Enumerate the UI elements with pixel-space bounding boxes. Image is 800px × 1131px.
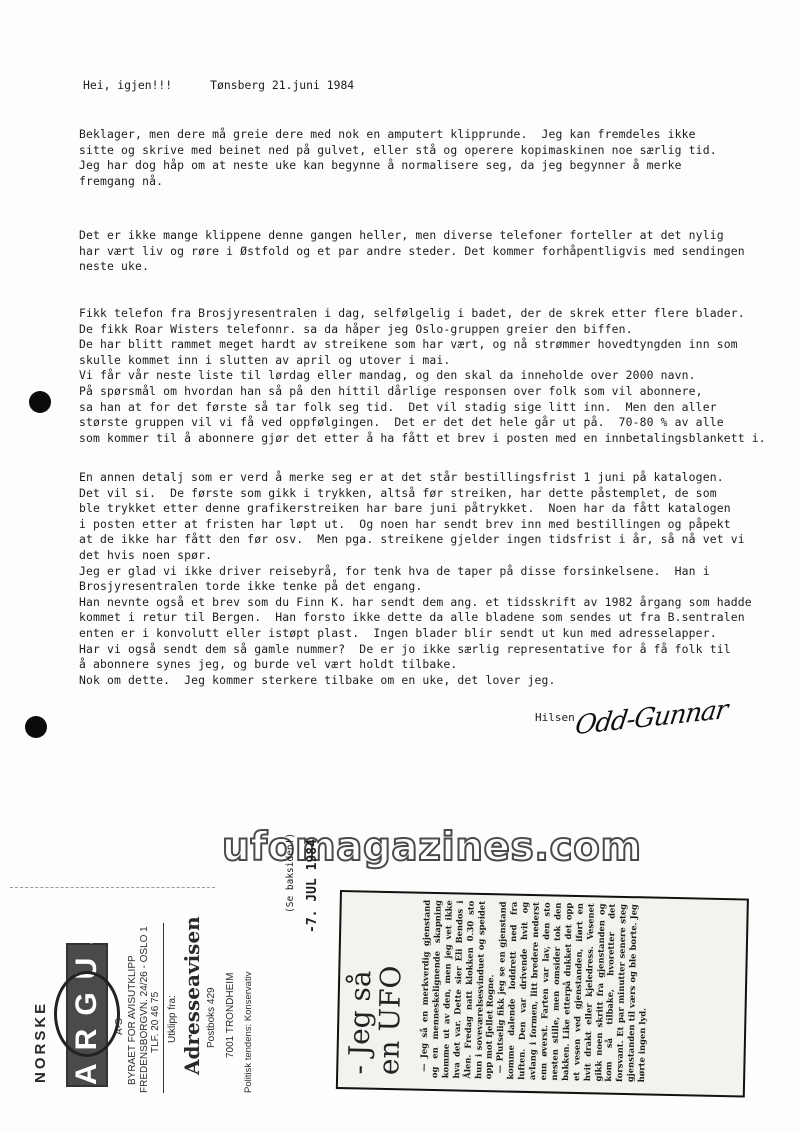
letter-line: sa han at for det første så tar folk seg… <box>79 400 766 416</box>
clipping-title-line: en UFO <box>374 895 408 1076</box>
letter-line: har vært liv og røre i Østfold og et par… <box>79 244 745 260</box>
cut-line <box>10 887 215 888</box>
scanned-letter-page: Hei, igjen!!!Tønsberg 21.juni 1984 Bekla… <box>0 0 800 1131</box>
stamp-city: 7001 TRONDHEIM <box>225 973 236 1058</box>
letter-line: Det vil si. De første som gikk i trykken… <box>79 486 752 502</box>
stamp-see-back: (Se baksiden!) <box>285 833 296 913</box>
clipping-paragraph: — Plutselig fikk jeg se en gjenstand kom… <box>494 901 650 1082</box>
ufo-newspaper-clipping: - Jeg så en UFO — Jeg så en merkverdig g… <box>336 890 749 1098</box>
letter-line: ble trykket etter denne grafikerstreiken… <box>79 501 752 517</box>
stamp-company-line: BYRAET FOR AVISUTKLIPP <box>127 955 138 1085</box>
letter-line: som kommer til å abonnere gjør det etter… <box>79 431 766 447</box>
letter-line: Det er ikke mange klippene denne gangen … <box>79 228 745 244</box>
letter-line: største gruppen vil vi få ved oppfølging… <box>79 415 766 431</box>
stamp-address: FREDENSBORGVN. 24/26 - OSLO 1 <box>139 926 150 1093</box>
stamp-political: Politisk tendens: Konservativ <box>243 972 254 1093</box>
letter-line: De har blitt rammet meget hardt av strei… <box>79 337 766 353</box>
letter-line: De fikk Roar Wisters telefonnr. sa da hå… <box>79 322 766 338</box>
letter-paragraph: Det er ikke mange klippene denne gangen … <box>79 228 745 275</box>
punch-hole <box>29 391 51 413</box>
letter-paragraph: Fikk telefon fra Brosjyresentralen i dag… <box>79 306 766 446</box>
letter-line: å abonnere synes jeg, og burde vel vært … <box>79 657 752 673</box>
letter-line: En annen detalj som er verd å merke seg … <box>79 470 752 486</box>
clipping-title: - Jeg så en UFO <box>344 894 408 1075</box>
stamp-clip-from: Utklipp fra: <box>167 995 178 1043</box>
stamp-divider <box>163 923 164 1093</box>
letter-heading: Hei, igjen!!!Tønsberg 21.juni 1984 <box>83 78 354 92</box>
punch-hole <box>25 716 47 738</box>
letter-line: neste uke. <box>79 259 745 275</box>
clipping-paragraph: — Jeg så en merkverdig gjenstand og en m… <box>418 900 498 1080</box>
letter-line: kommet i retur til Bergen. Han forsto ik… <box>79 610 752 626</box>
place-date: Tønsberg 21.juni 1984 <box>210 78 354 92</box>
letter-line: Jeg er glad vi ikke driver reisebyrå, fo… <box>79 564 752 580</box>
letter-line: Jeg har dog håp om at neste uke kan begy… <box>79 158 717 174</box>
letter-line: Fikk telefon fra Brosjyresentralen i dag… <box>79 306 766 322</box>
newspaper-name: Adresseavisen <box>180 916 204 1075</box>
clipping-body: — Jeg så en merkverdig gjenstand og en m… <box>418 900 651 1083</box>
letter-line: Har vi også sendt dem så gamle nummer? D… <box>79 642 752 658</box>
stamp-date: -7. JUL 1984 <box>305 839 320 933</box>
stamp-norske: NORSKE <box>32 1001 49 1083</box>
letter-line: enten er i konvolutt eller istøpt plast.… <box>79 626 752 642</box>
letter-line: skulle kommet inn i slutten av april og … <box>79 353 766 369</box>
letter-line: Nok om dette. Jeg kommer sterkere tilbak… <box>79 673 752 689</box>
letter-line: Han nevnte også et brev som du Finn K. h… <box>79 595 752 611</box>
stamp-company-suffix: A-S <box>114 1018 125 1035</box>
letter-line: det hvis noen spør. <box>79 548 752 564</box>
watermark: ufomagazines.com <box>222 825 582 870</box>
letter-line: fremgang nå. <box>79 174 717 190</box>
closing-text: Hilsen <box>535 711 575 724</box>
letter-line: Vi får vår neste liste til lørdag eller … <box>79 368 766 384</box>
letter-line: at de ikke har fått den før osv. Men pga… <box>79 532 752 548</box>
letter-paragraph: Beklager, men dere må greie dere med nok… <box>79 127 717 189</box>
eye-logo-icon <box>54 971 120 1057</box>
stamp-phone: TLF. 20 46 75 <box>150 992 161 1053</box>
stamp-po-box: Postboks 429 <box>206 987 217 1048</box>
letter-line: Brosjyresentralen torde ikke tenke på de… <box>79 579 752 595</box>
argus-clipping-stamp: NORSKE ARGUS A-S BYRAET FOR AVISUTKLIPP … <box>30 893 250 1093</box>
handwritten-signature: Odd-Gunnar <box>573 695 729 742</box>
letter-line: i posten etter at fristen har løpt ut. O… <box>79 517 752 533</box>
letter-line: Beklager, men dere må greie dere med nok… <box>79 127 717 143</box>
letter-line: sitte og skrive med beinet ned på gulvet… <box>79 143 717 159</box>
letter-paragraph: En annen detalj som er verd å merke seg … <box>79 470 752 688</box>
letter-line: På spørsmål om hvordan han så på den hit… <box>79 384 766 400</box>
greeting: Hei, igjen!!! <box>83 78 172 92</box>
